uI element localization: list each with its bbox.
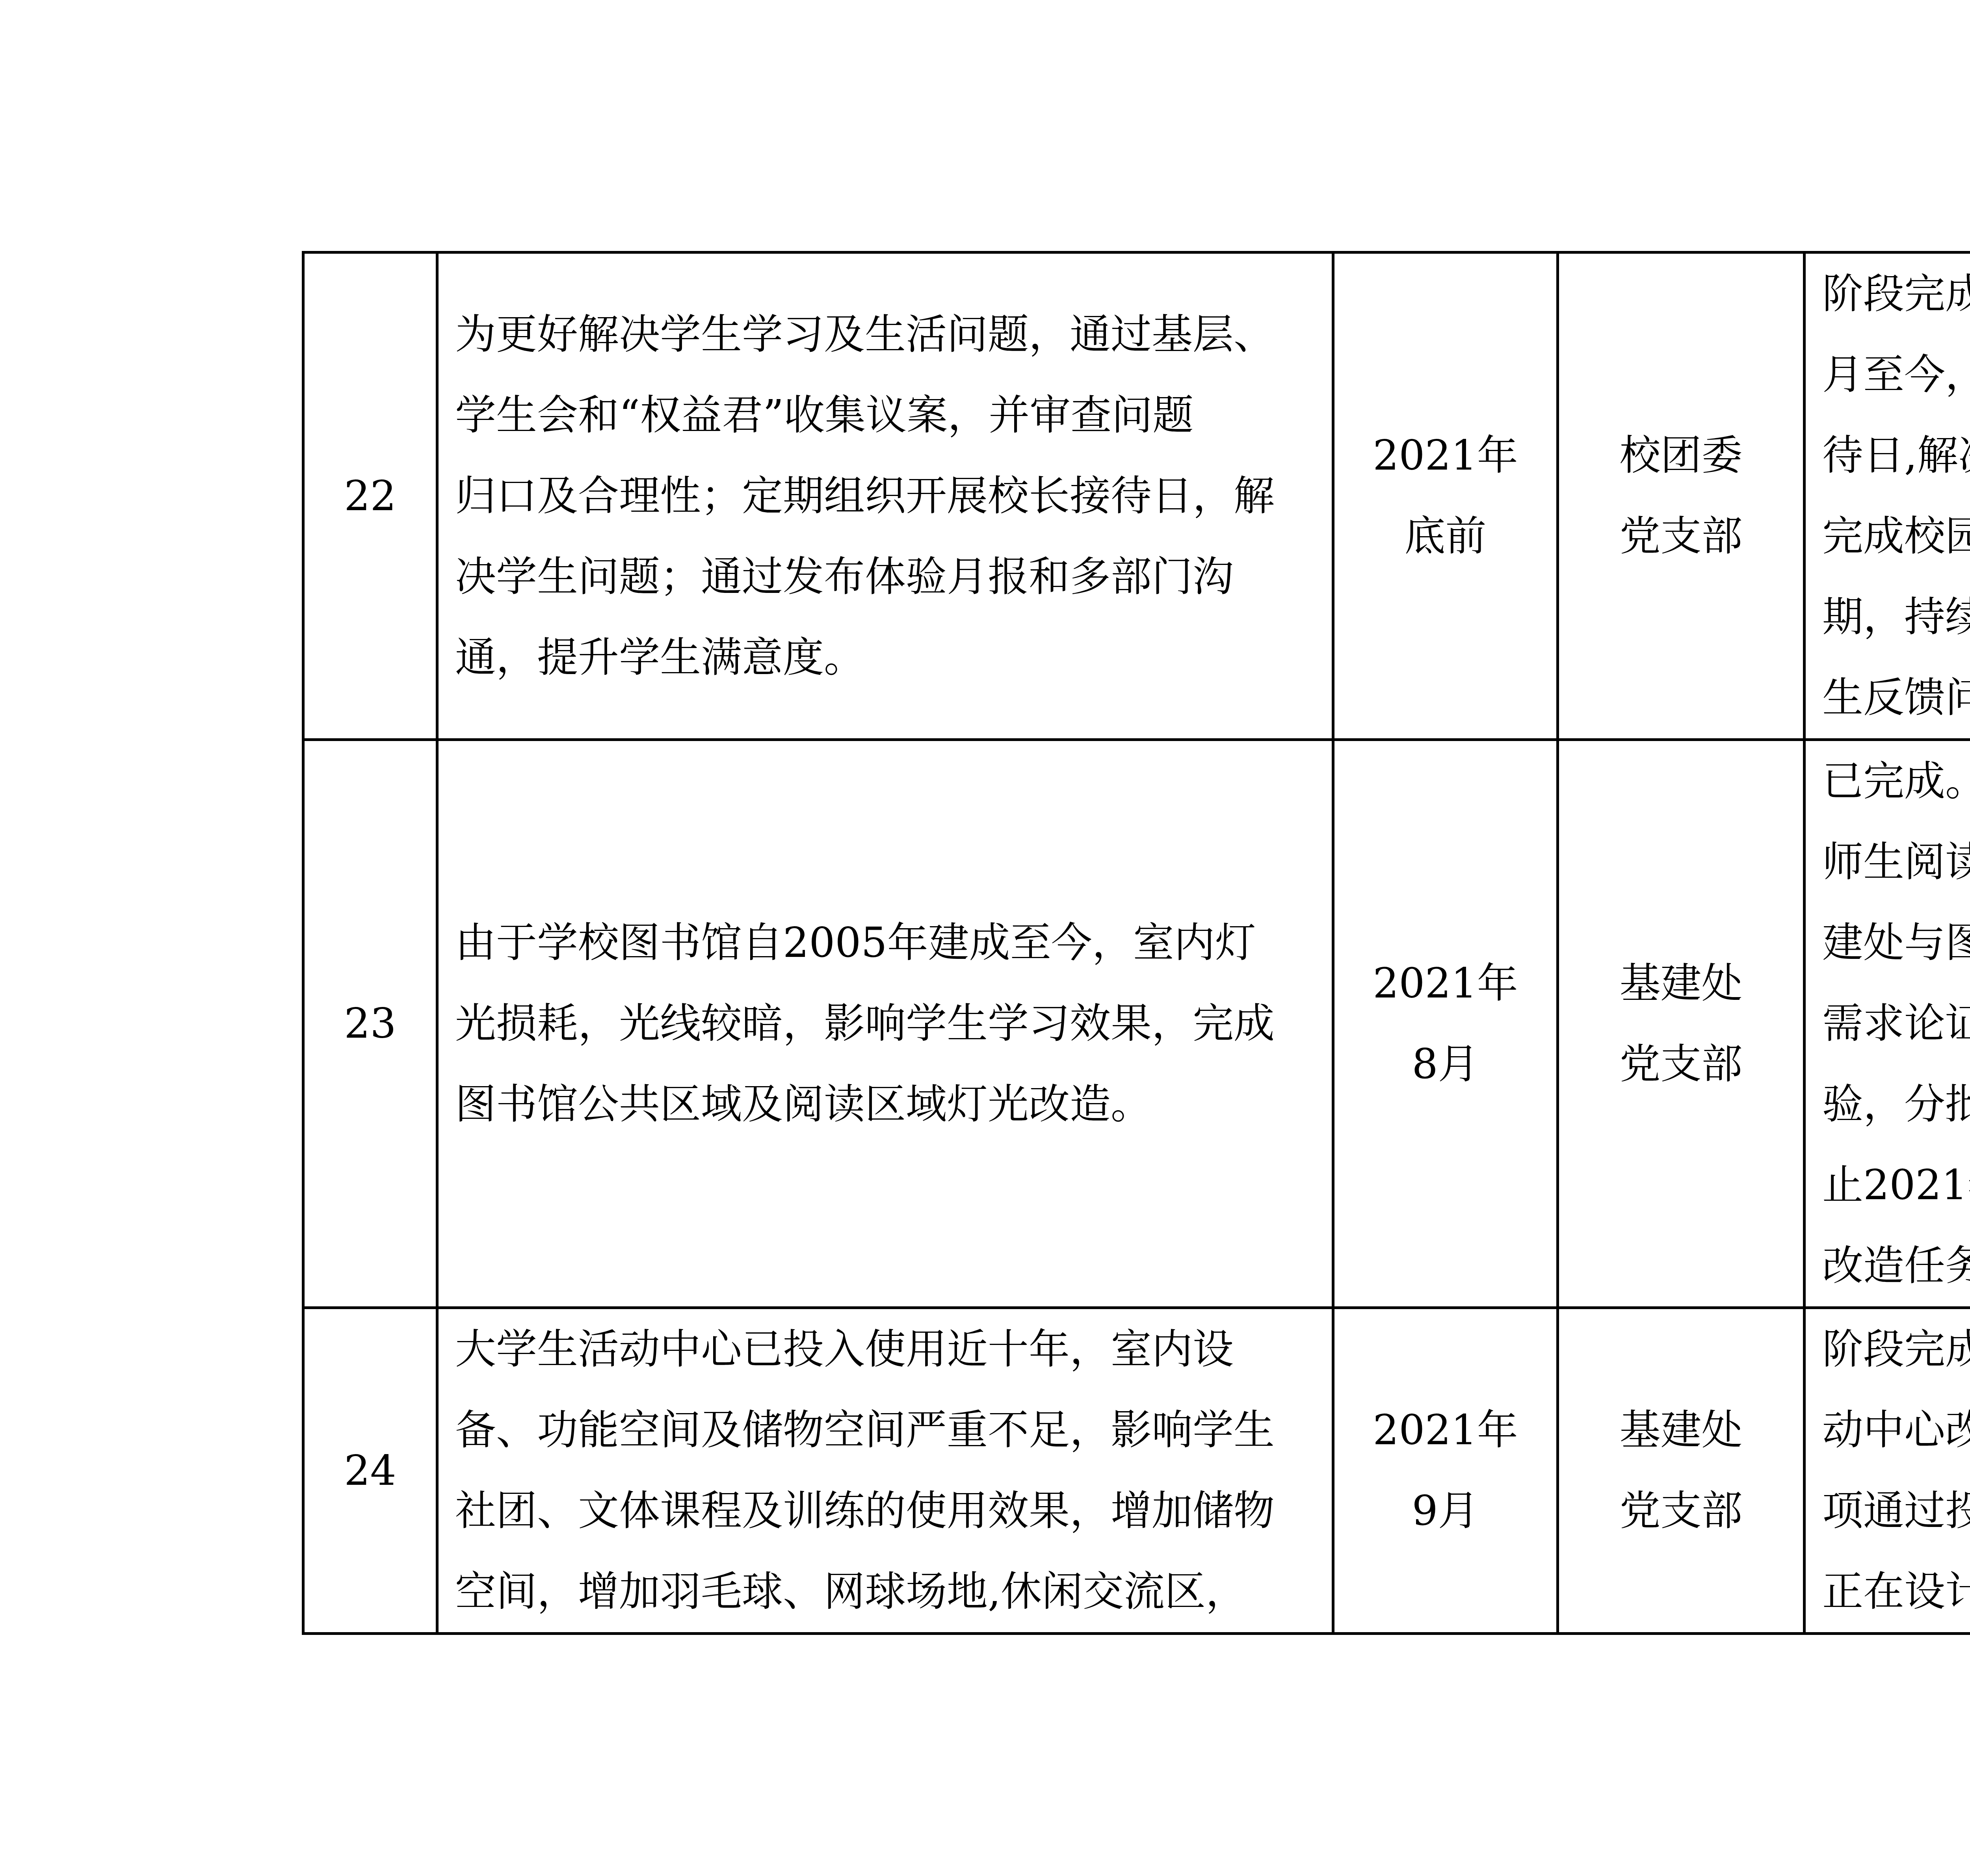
status-line: 待日,解决学生11项提案。 [1822, 415, 1970, 496]
description-line: 社团、文体课程及训练的使用效果，增加储物 [455, 1471, 1316, 1551]
row-number-cell: 24 [303, 1308, 437, 1634]
row-number: 24 [344, 1447, 396, 1495]
description-line: 归口及合理性；定期组织开展校长接待日，解 [455, 456, 1316, 537]
table-row: 24 大学生活动中心已投入使用近十年，室内设 备、功能空间及储物空间严重不足，影… [303, 1308, 1970, 1634]
description-line: 为更好解决学生学习及生活问题，通过基层、 [455, 294, 1316, 375]
document-page: 22 为更好解决学生学习及生活问题，通过基层、 学生会和“权益君”收集议案，并审… [0, 0, 1970, 1876]
task-description-cell: 为更好解决学生学习及生活问题，通过基层、 学生会和“权益君”收集议案，并审查问题… [437, 253, 1333, 740]
status-line: 完成校园生活体验月报两 [1822, 496, 1970, 577]
status-line: 生反馈问题。 [1822, 658, 1970, 738]
deadline-cell: 2021年 9月 [1333, 1308, 1558, 1634]
progress-status-cell: 阶段完成情况。2021 年 3 月至今，召开两次校长接 待日,解决学生11项提案… [1805, 253, 1970, 740]
unit-line: 基建处 [1559, 1390, 1803, 1471]
description-line: 学生会和“权益君”收集议案，并审查问题 [455, 375, 1316, 456]
row-number: 22 [344, 472, 396, 520]
description-line: 光损耗，光线较暗，影响学生学习效果，完成 [455, 983, 1316, 1064]
deadline-line: 底前 [1334, 496, 1556, 577]
progress-status-cell: 已完成。为了提升图书馆 师生阅读的灯光亮度，基 建处与图文信息中心完成 需求论证… [1805, 740, 1970, 1308]
status-line: 建处与图文信息中心完成 [1822, 903, 1970, 983]
description-line: 通，提升学生满意度。 [455, 617, 1316, 698]
task-progress-table: 22 为更好解决学生学习及生活问题，通过基层、 学生会和“权益君”收集议案，并审… [302, 251, 1970, 1635]
description-line: 空间，增加羽毛球、网球场地,休闲交流区， [455, 1551, 1316, 1632]
row-number: 23 [344, 999, 396, 1048]
responsible-unit-cell: 校团委 党支部 [1558, 253, 1805, 740]
description-line: 图书馆公共区域及阅读区域灯光改造。 [455, 1064, 1316, 1145]
status-line: 验，分批推进灯光改造，截 [1822, 1064, 1970, 1145]
status-line: 阶段完成情况。2021 年 3 [1822, 254, 1970, 334]
unit-line: 党支部 [1559, 1024, 1803, 1105]
status-line: 止2021年6月1日，完成 [1822, 1145, 1970, 1226]
responsible-unit-cell: 基建处 党支部 [1558, 1308, 1805, 1634]
status-line: 项通过投资委会议审议， [1822, 1471, 1970, 1551]
row-number-cell: 23 [303, 740, 437, 1308]
description-line: 备、功能空间及储物空间严重不足，影响学生 [455, 1390, 1316, 1471]
responsible-unit-cell: 基建处 党支部 [1558, 740, 1805, 1308]
deadline-line: 2021年 [1334, 1390, 1556, 1471]
deadline-cell: 2021年 8月 [1333, 740, 1558, 1308]
deadline-cell: 2021年 底前 [1333, 253, 1558, 740]
task-description-cell: 由于学校图书馆自2005年建成至今，室内灯 光损耗，光线较暗，影响学生学习效果，… [437, 740, 1333, 1308]
task-description-cell: 大学生活动中心已投入使用近十年，室内设 备、功能空间及储物空间严重不足，影响学生… [437, 1308, 1333, 1634]
description-line: 决学生问题；通过发布体验月报和多部门沟 [455, 537, 1316, 617]
status-line: 正在设计准备阶段。 [1822, 1551, 1970, 1632]
row-number-cell: 22 [303, 253, 437, 740]
status-line: 需求论证、亮度测量及实 [1822, 983, 1970, 1064]
deadline-line: 2021年 [1334, 943, 1556, 1024]
table-row: 22 为更好解决学生学习及生活问题，通过基层、 学生会和“权益君”收集议案，并审… [303, 253, 1970, 740]
status-line: 改造任务。 [1822, 1226, 1970, 1306]
unit-line: 党支部 [1559, 496, 1803, 577]
unit-line: 基建处 [1559, 943, 1803, 1024]
description-line: 大学生活动中心已投入使用近十年，室内设 [455, 1309, 1316, 1390]
status-line: 师生阅读的灯光亮度，基 [1822, 822, 1970, 903]
status-line: 动中心改造需求论证、立 [1822, 1390, 1970, 1471]
progress-status-cell: 阶段完成情况。大学生活 动中心改造需求论证、立 项通过投资委会议审议， 正在设计… [1805, 1308, 1970, 1634]
unit-line: 校团委 [1559, 415, 1803, 496]
description-line: 由于学校图书馆自2005年建成至今，室内灯 [455, 903, 1316, 983]
deadline-line: 8月 [1334, 1024, 1556, 1105]
unit-line: 党支部 [1559, 1471, 1803, 1551]
status-line: 已完成。为了提升图书馆 [1822, 741, 1970, 822]
status-line: 月至今，召开两次校长接 [1822, 334, 1970, 415]
table-row: 23 由于学校图书馆自2005年建成至今，室内灯 光损耗，光线较暗，影响学生学习… [303, 740, 1970, 1308]
status-line: 期，持续跟进处理12项学 [1822, 577, 1970, 658]
deadline-line: 9月 [1334, 1471, 1556, 1551]
status-line: 阶段完成情况。大学生活 [1822, 1309, 1970, 1390]
deadline-line: 2021年 [1334, 415, 1556, 496]
